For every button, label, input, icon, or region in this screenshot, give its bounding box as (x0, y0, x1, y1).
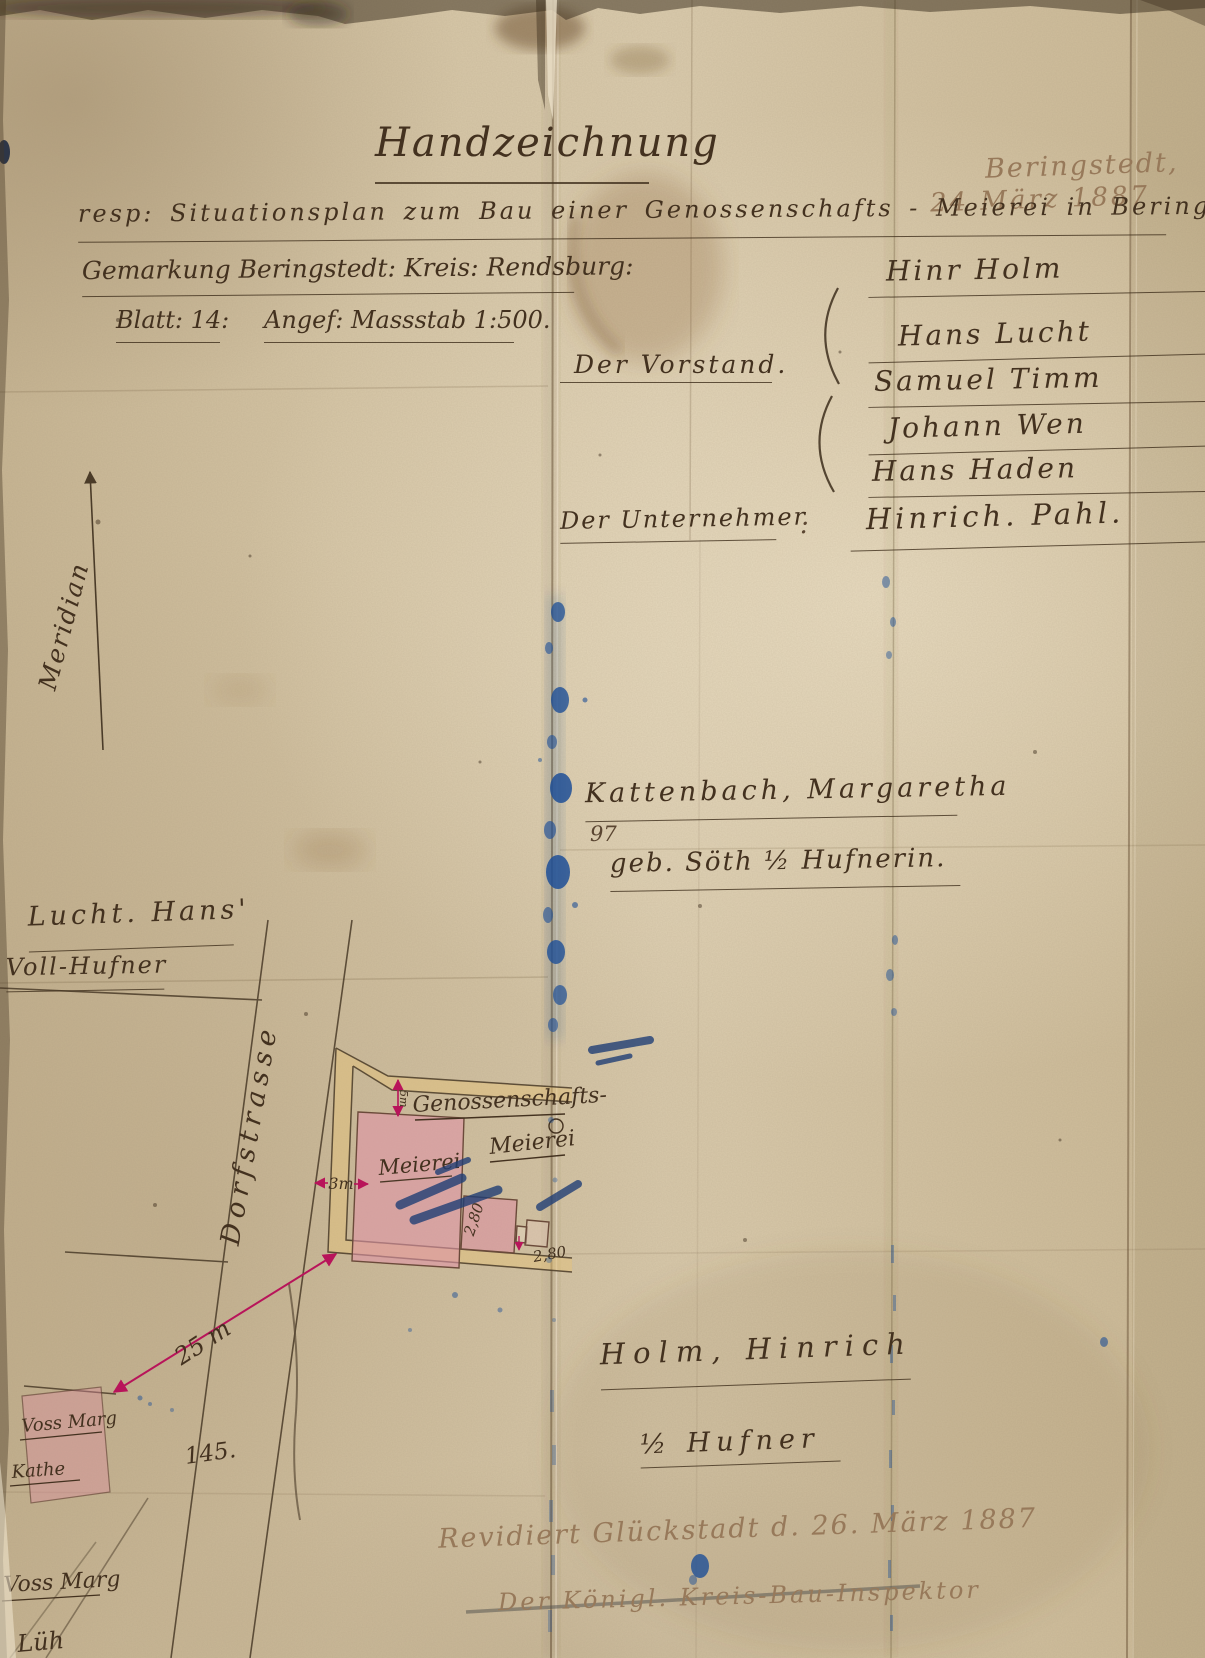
meierei-building (352, 1112, 464, 1268)
vorstand-name-3: Samuel Timm (868, 359, 1205, 408)
unternehmer-name: Hinrich. Pahl. (849, 493, 1205, 551)
voss-bottom-label2: Lüh (15, 1626, 65, 1658)
dim-3m-label: 3m (328, 1174, 353, 1193)
unternehmer-label: Der Unternehmer (560, 503, 777, 544)
unternehmer-separator: : (800, 510, 809, 541)
lucht-line1: Lucht. Hans' (27, 894, 234, 952)
vorstand-name-2: Hans Lucht (867, 312, 1205, 364)
holm-line2: ½ Hufner (639, 1423, 840, 1469)
kattenbach-line2: geb. Söth ½ Hufnerin. (610, 843, 961, 892)
subtitle-line: resp: Situationsplan zum Bau einer Genos… (78, 192, 1166, 243)
vorstand-name-4: Johann Wen (867, 404, 1205, 456)
kattenbach-number: 97 (590, 822, 617, 847)
holm-line1: Holm, Hinrich (599, 1327, 911, 1391)
dim-5m-label: 5m (397, 1090, 410, 1107)
voss-building (22, 1387, 110, 1503)
district-line: Gemarkung Beringstedt: Kreis: Rendsburg: (82, 252, 574, 297)
vorstand-label: Der Vorstand. (560, 350, 772, 383)
vorstand-name-1: Hinr Holm (868, 249, 1205, 298)
scale-note: Angef: Massstab 1:500. (264, 306, 514, 343)
scanned-document-page: 3m 5m 25 m 2,80 2,80 Dorfstrasse Genosse… (0, 0, 1205, 1658)
sheet-number: Blatt: 14: (116, 306, 220, 343)
vorstand-name-5: Hans Haden (868, 449, 1205, 498)
kattenbach-line1: Kattenbach, Margaretha (585, 772, 958, 822)
voss-plot-label2: Kathe (10, 1458, 66, 1483)
small-outbuilding (525, 1220, 549, 1247)
lucht-line2: Voll-Hufner (6, 951, 165, 993)
page-title: Handzeichnung (375, 120, 649, 184)
